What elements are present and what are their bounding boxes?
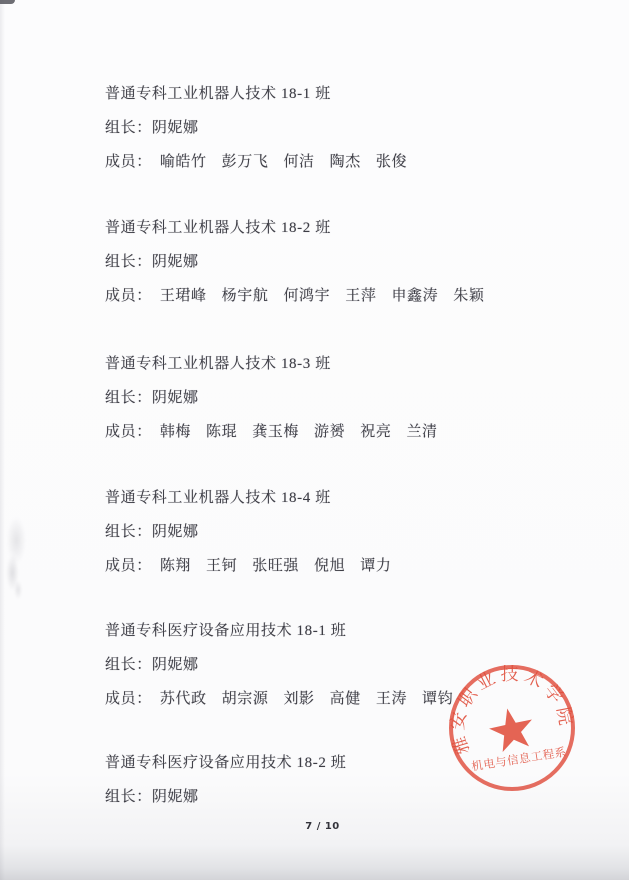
leader-name: 阴妮娜 <box>152 522 199 542</box>
member-name: 刘影 <box>283 689 314 709</box>
leader-name: 阴妮娜 <box>152 655 199 675</box>
member-name: 谭钧 <box>422 689 453 709</box>
leader-label: 组长： <box>105 252 152 272</box>
member-name: 何洁 <box>283 152 314 172</box>
class-title: 普通专科工业机器人技术 18-2 班 <box>105 218 484 238</box>
class-title: 普通专科医疗设备应用技术 18-2 班 <box>105 753 346 773</box>
leader-line: 组长：阴妮娜 <box>105 252 484 272</box>
leader-label: 组长： <box>105 388 152 408</box>
member-name: 王钶 <box>206 556 237 576</box>
member-name: 谭力 <box>360 556 391 576</box>
members-label: 成员： <box>105 689 152 709</box>
stamp-inner-text: 机电与信息工程系 <box>470 745 567 774</box>
class-group-section: 普通专科工业机器人技术 18-1 班 组长：阴妮娜 成员：喻皓竹彭万飞何洁陶杰张… <box>105 84 407 186</box>
member-name: 高健 <box>330 689 361 709</box>
members-line: 成员：苏代政胡宗源刘影高健王涛谭钧 <box>105 689 453 709</box>
member-name: 陈琨 <box>206 422 237 442</box>
scan-crease-smudge <box>2 515 28 600</box>
scanned-page: 普通专科工业机器人技术 18-1 班 组长：阴妮娜 成员：喻皓竹彭万飞何洁陶杰张… <box>0 0 629 880</box>
leader-line: 组长：阴妮娜 <box>105 388 438 408</box>
leader-name: 阴妮娜 <box>152 252 199 272</box>
member-name: 祝亮 <box>360 422 391 442</box>
members-label: 成员： <box>105 286 152 306</box>
class-title: 普通专科医疗设备应用技术 18-1 班 <box>105 621 453 641</box>
class-title-text: 普通专科工业机器人技术 18-2 班 <box>105 218 331 238</box>
member-name: 游赟 <box>314 422 345 442</box>
member-name: 苏代政 <box>160 689 207 709</box>
stamp-star-icon <box>486 704 537 754</box>
member-name: 韩梅 <box>160 422 191 442</box>
members-label: 成员： <box>105 152 152 172</box>
member-name: 杨宇航 <box>222 286 269 306</box>
members-line: 成员：韩梅陈琨龚玉梅游赟祝亮兰清 <box>105 422 438 442</box>
member-name: 王珺峰 <box>160 286 207 306</box>
stamp-circle <box>451 667 573 789</box>
class-group-section: 普通专科工业机器人技术 18-2 班 组长：阴妮娜 成员：王珺峰杨宇航何鸿宇王萍… <box>105 218 484 320</box>
member-name: 彭万飞 <box>222 152 269 172</box>
class-group-section: 普通专科医疗设备应用技术 18-2 班 组长：阴妮娜 <box>105 753 346 821</box>
leader-line: 组长：阴妮娜 <box>105 522 391 542</box>
leader-name: 阴妮娜 <box>152 388 199 408</box>
member-name: 何鸿宇 <box>283 286 330 306</box>
class-title: 普通专科工业机器人技术 18-3 班 <box>105 354 438 374</box>
leader-label: 组长： <box>105 118 152 138</box>
member-name: 申鑫涛 <box>391 286 438 306</box>
class-group-section: 普通专科工业机器人技术 18-4 班 组长：阴妮娜 成员：陈翔王钶张旺强倪旭谭力 <box>105 488 391 590</box>
leader-name: 阴妮娜 <box>152 118 199 138</box>
leader-line: 组长：阴妮娜 <box>105 655 453 675</box>
member-name: 张俊 <box>376 152 407 172</box>
class-title-text: 普通专科工业机器人技术 18-1 班 <box>105 84 331 104</box>
leader-name: 阴妮娜 <box>152 787 199 807</box>
class-title-text: 普通专科医疗设备应用技术 18-2 班 <box>105 753 346 773</box>
class-title: 普通专科工业机器人技术 18-1 班 <box>105 84 407 104</box>
member-name: 倪旭 <box>314 556 345 576</box>
member-name: 王萍 <box>345 286 376 306</box>
members-label: 成员： <box>105 556 152 576</box>
members-label: 成员： <box>105 422 152 442</box>
class-group-section: 普通专科工业机器人技术 18-3 班 组长：阴妮娜 成员：韩梅陈琨龚玉梅游赟祝亮… <box>105 354 438 456</box>
class-title-text: 普通专科工业机器人技术 18-3 班 <box>105 354 331 374</box>
class-title: 普通专科工业机器人技术 18-4 班 <box>105 488 391 508</box>
class-title-text: 普通专科工业机器人技术 18-4 班 <box>105 488 331 508</box>
leader-label: 组长： <box>105 655 152 675</box>
leader-line: 组长：阴妮娜 <box>105 787 346 807</box>
member-name: 陶杰 <box>330 152 361 172</box>
member-name: 胡宗源 <box>222 689 269 709</box>
members-line: 成员：王珺峰杨宇航何鸿宇王萍申鑫涛朱颖 <box>105 286 484 306</box>
leader-label: 组长： <box>105 522 152 542</box>
leader-line: 组长：阴妮娜 <box>105 118 407 138</box>
member-name: 张旺强 <box>252 556 299 576</box>
class-title-text: 普通专科医疗设备应用技术 18-1 班 <box>105 621 346 641</box>
member-name: 兰清 <box>406 422 437 442</box>
members-line: 成员：陈翔王钶张旺强倪旭谭力 <box>105 556 391 576</box>
members-line: 成员：喻皓竹彭万飞何洁陶杰张俊 <box>105 152 407 172</box>
page-number: 7 / 10 <box>0 821 629 832</box>
member-name: 龚玉梅 <box>252 422 299 442</box>
scan-corner-mark <box>0 0 15 4</box>
scan-edge-shadow <box>0 0 5 880</box>
member-name: 喻皓竹 <box>160 152 207 172</box>
member-name: 王涛 <box>376 689 407 709</box>
member-name: 朱颖 <box>453 286 484 306</box>
stamp-outer-text: 雅安职业技术学院 <box>447 664 577 757</box>
leader-label: 组长： <box>105 787 152 807</box>
class-group-section: 普通专科医疗设备应用技术 18-1 班 组长：阴妮娜 成员：苏代政胡宗源刘影高健… <box>105 621 453 723</box>
member-name: 陈翔 <box>160 556 191 576</box>
